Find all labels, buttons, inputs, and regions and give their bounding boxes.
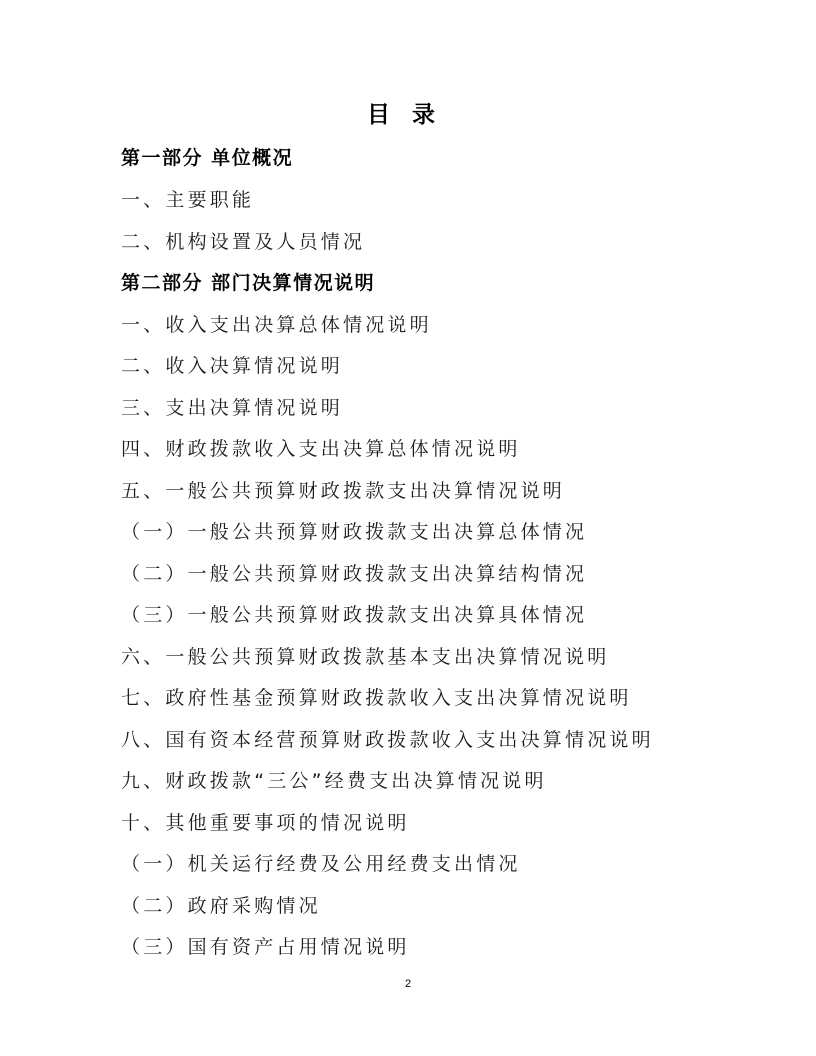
page-title: 目录 bbox=[0, 96, 816, 129]
toc-subitem[interactable]: （二）政府采购情况 bbox=[121, 894, 321, 918]
toc-subitem[interactable]: （一）机关运行经费及公用经费支出情况 bbox=[121, 852, 521, 876]
toc-item[interactable]: 八、国有资本经营预算财政拨款收入支出决算情况说明 bbox=[121, 728, 654, 752]
toc-item[interactable]: 六、一般公共预算财政拨款基本支出决算情况说明 bbox=[121, 645, 609, 669]
toc-item[interactable]: 二、收入决算情况说明 bbox=[121, 354, 343, 378]
toc-item[interactable]: 五、一般公共预算财政拨款支出决算情况说明 bbox=[121, 479, 565, 503]
page-number: 2 bbox=[0, 978, 816, 990]
toc-item[interactable]: 九、财政拨款“三公”经费支出决算情况说明 bbox=[121, 769, 547, 793]
toc-subitem[interactable]: （一）一般公共预算财政拨款支出决算总体情况 bbox=[121, 520, 587, 544]
toc-subitem[interactable]: （三）国有资产占用情况说明 bbox=[121, 935, 410, 959]
toc-part-heading[interactable]: 第一部分 单位概况 bbox=[121, 146, 293, 170]
toc-item[interactable]: 三、支出决算情况说明 bbox=[121, 396, 343, 420]
toc-item[interactable]: 二、机构设置及人员情况 bbox=[121, 230, 365, 254]
document-page: 目录 第一部分 单位概况 一、主要职能 二、机构设置及人员情况 第二部分 部门决… bbox=[0, 0, 816, 1056]
toc-subitem[interactable]: （三）一般公共预算财政拨款支出决算具体情况 bbox=[121, 603, 587, 627]
toc-item[interactable]: 一、主要职能 bbox=[121, 188, 254, 212]
toc-item[interactable]: 七、政府性基金预算财政拨款收入支出决算情况说明 bbox=[121, 686, 632, 710]
toc-subitem[interactable]: （二）一般公共预算财政拨款支出决算结构情况 bbox=[121, 562, 587, 586]
toc-item[interactable]: 十、其他重要事项的情况说明 bbox=[121, 811, 410, 835]
toc-part-heading[interactable]: 第二部分 部门决算情况说明 bbox=[121, 271, 375, 295]
toc-item[interactable]: 四、财政拨款收入支出决算总体情况说明 bbox=[121, 437, 521, 461]
toc-item[interactable]: 一、收入支出决算总体情况说明 bbox=[121, 313, 432, 337]
